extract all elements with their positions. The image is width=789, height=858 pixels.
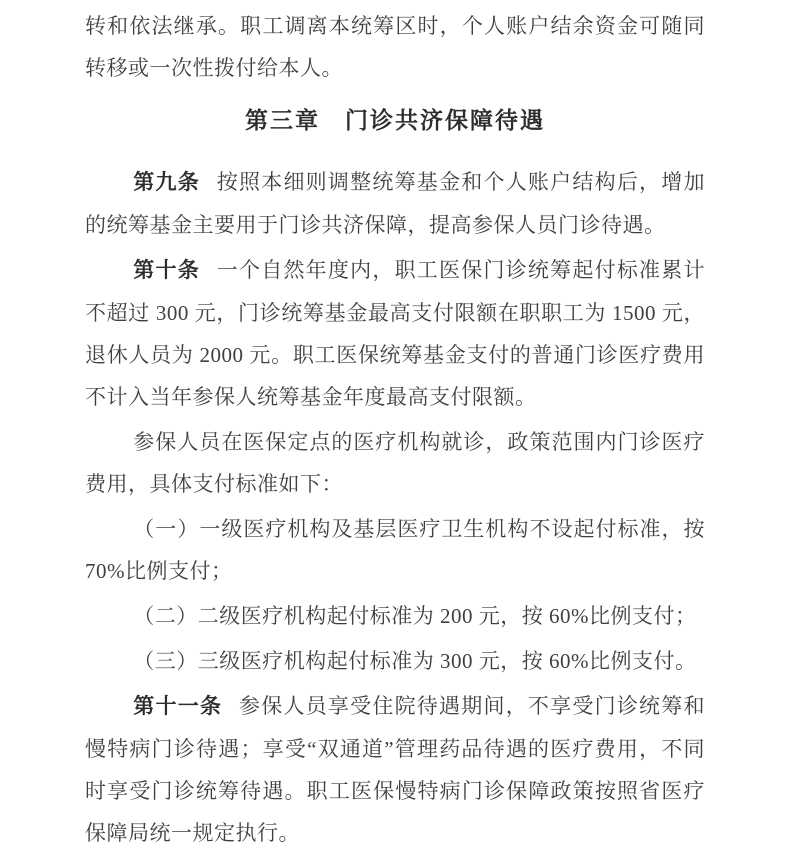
- document-page: 转和依法继承。职工调离本统筹区时，个人账户结余资金可随同转移或一次性拨付给本人。…: [0, 0, 789, 858]
- article-10-label: 第十条: [133, 259, 200, 282]
- article-11-paragraph: 第十一条参保人员享受住院待遇期间，不享受门诊统筹和慢特病门诊待遇；享受“双通道”…: [85, 685, 705, 854]
- article-11-label: 第十一条: [133, 695, 222, 718]
- payment-rule-item-2: （二）二级医疗机构起付标准为 200 元，按 60%比例支付；: [85, 595, 705, 637]
- article-9-paragraph: 第九条按照本细则调整统筹基金和个人账户结构后，增加的统筹基金主要用于门诊共济保障…: [85, 161, 705, 246]
- article-10-paragraph: 第十条一个自然年度内，职工医保门诊统筹起付标准累计不超过 300 元，门诊统筹基…: [85, 249, 705, 418]
- article-9-label: 第九条: [133, 171, 200, 194]
- paragraph-account-transfer: 转和依法继承。职工调离本统筹区时，个人账户结余资金可随同转移或一次性拨付给本人。: [85, 5, 705, 89]
- payment-rule-item-3: （三）三级医疗机构起付标准为 300 元，按 60%比例支付。: [85, 640, 705, 682]
- chapter-heading: 第三章 门诊共济保障待遇: [85, 101, 705, 139]
- payment-rule-item-1: （一）一级医疗机构及基层医疗卫生机构不设起付标准，按70%比例支付；: [85, 508, 705, 592]
- payment-rules-intro: 参保人员在医保定点的医疗机构就诊，政策范围内门诊医疗费用，具体支付标准如下：: [85, 421, 705, 505]
